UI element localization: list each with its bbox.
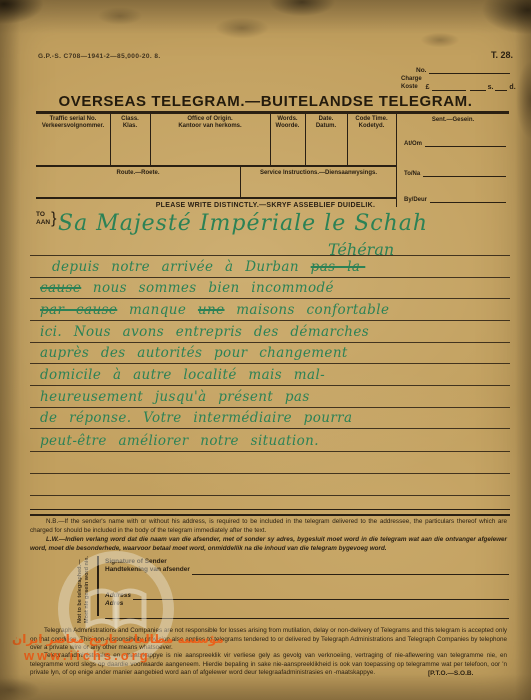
col-words: Words. Woorde.: [270, 114, 305, 130]
extra-blank-line: [105, 618, 509, 619]
message-line: heureusement jusqu'à présent pas: [40, 389, 310, 405]
to-label-af: AAN: [36, 219, 50, 226]
shillings-label: s.: [488, 84, 494, 91]
watermark-persian-text: مؤسسه مطالعات تاريخ معاصر ايران: [12, 632, 242, 646]
watermark-url: www.iichs.org: [24, 648, 151, 663]
koste-label: Koste: [401, 84, 418, 90]
telegram-form: G.P.-S. C708—1941-2—85,000-20. 8. T. 28.…: [0, 0, 531, 700]
no-blank-line: [429, 66, 510, 74]
col-traffic-serial: Traffic serial No. Verkeersvolgnommer.: [36, 114, 110, 130]
message-line: par cause manque une maisons confortable: [40, 302, 389, 318]
rotated-margin-note: Not to be telegraphed.—Moet nie gesein w…: [77, 551, 91, 623]
signature-field: Signature of Sender Handtekening van afs…: [105, 558, 509, 575]
handwritten-addressee: Sa Majesté Impériale le Schah: [58, 211, 428, 236]
message-line: cause nous sommes bien incommodé: [40, 280, 334, 296]
signature-label-af: Handtekening van afsender: [105, 566, 190, 574]
ruled-line: [30, 277, 510, 278]
no-label: No.: [416, 67, 426, 74]
section-divider: [30, 509, 510, 516]
ruled-line: [30, 298, 510, 299]
col-date: Date. Datum.: [305, 114, 347, 130]
sent-to-row: To/Na: [404, 169, 506, 177]
ruled-line: [30, 407, 510, 408]
ruled-line: [30, 255, 510, 256]
signature-divider-bar: [97, 556, 99, 616]
address-blank-line: [133, 592, 509, 600]
no-field: No.: [416, 66, 510, 74]
signature-blank-line: [192, 567, 509, 575]
print-code: G.P.-S. C708—1941-2—85,000-20. 8.: [38, 53, 161, 60]
form-number: T. 28.: [491, 50, 513, 60]
service-instructions-cell: Service Instructions.—Diensaanwysings.: [241, 168, 396, 177]
ruled-line: [30, 363, 510, 364]
nb-note: N.B.—If the sender's name with or withou…: [30, 518, 507, 535]
ruled-line: [30, 320, 510, 321]
ruled-line: [30, 495, 510, 496]
address-label-af: Adres: [105, 600, 509, 608]
message-line: ici. Nous avons entrepris des démarches: [40, 324, 369, 340]
to-label-en: TO: [36, 211, 45, 218]
ruled-line: [30, 451, 510, 452]
write-distinctly-note: PLEASE WRITE DISTINCTLY.—SKRYF ASSEBLIEF…: [0, 202, 531, 209]
address-field: Address Adres: [105, 592, 509, 609]
message-line: peut-être améliorer notre situation.: [40, 433, 319, 449]
sent-at-row: At/Om: [404, 139, 506, 147]
pence-label: d.: [509, 84, 515, 91]
route-cell: Route.—Roete.: [36, 168, 240, 177]
message-line: depuis notre arrivée à Durban pas la-: [52, 259, 365, 275]
message-line: auprès des autorités pour changement: [40, 345, 348, 361]
ruled-line: [30, 428, 510, 429]
routing-table: Traffic serial No. Verkeersvolgnommer. C…: [36, 111, 509, 211]
charge-amount-line: £ s. d.: [426, 82, 516, 91]
ruled-line: [30, 385, 510, 386]
message-line: domicile à autre localité mais mal-: [40, 367, 325, 383]
form-title: OVERSEAS TELEGRAM.—BUITELANDSE TELEGRAM.: [0, 93, 531, 110]
pound-sign: £: [426, 84, 430, 91]
col-code-time: Code Time. Kodetyd.: [347, 114, 396, 130]
charge-labels: Charge Koste: [401, 76, 422, 91]
message-line: de réponse. Votre intermédiaire pourra: [40, 410, 352, 426]
to-field-label: TO AAN }: [36, 209, 56, 228]
charge-field: Charge Koste £ s. d.: [401, 76, 511, 91]
ruled-line: [30, 342, 510, 343]
charge-label: Charge: [401, 76, 422, 82]
sent-column-header: Sent.—Gesein.: [397, 115, 509, 124]
col-class: Class. Klas.: [110, 114, 150, 130]
to-brace: }: [51, 209, 56, 228]
ruled-line: [30, 473, 510, 474]
pto-note: [P.T.O.—S.O.B.: [428, 670, 473, 677]
address-label-en: Address: [105, 592, 131, 600]
col-office-of-origin: Office of Origin. Kantoor van herkoms.: [150, 114, 270, 130]
signature-label-en: Signature of Sender: [105, 558, 509, 566]
lw-note: L.W.—Indien verlang word dat die naam va…: [30, 536, 507, 553]
